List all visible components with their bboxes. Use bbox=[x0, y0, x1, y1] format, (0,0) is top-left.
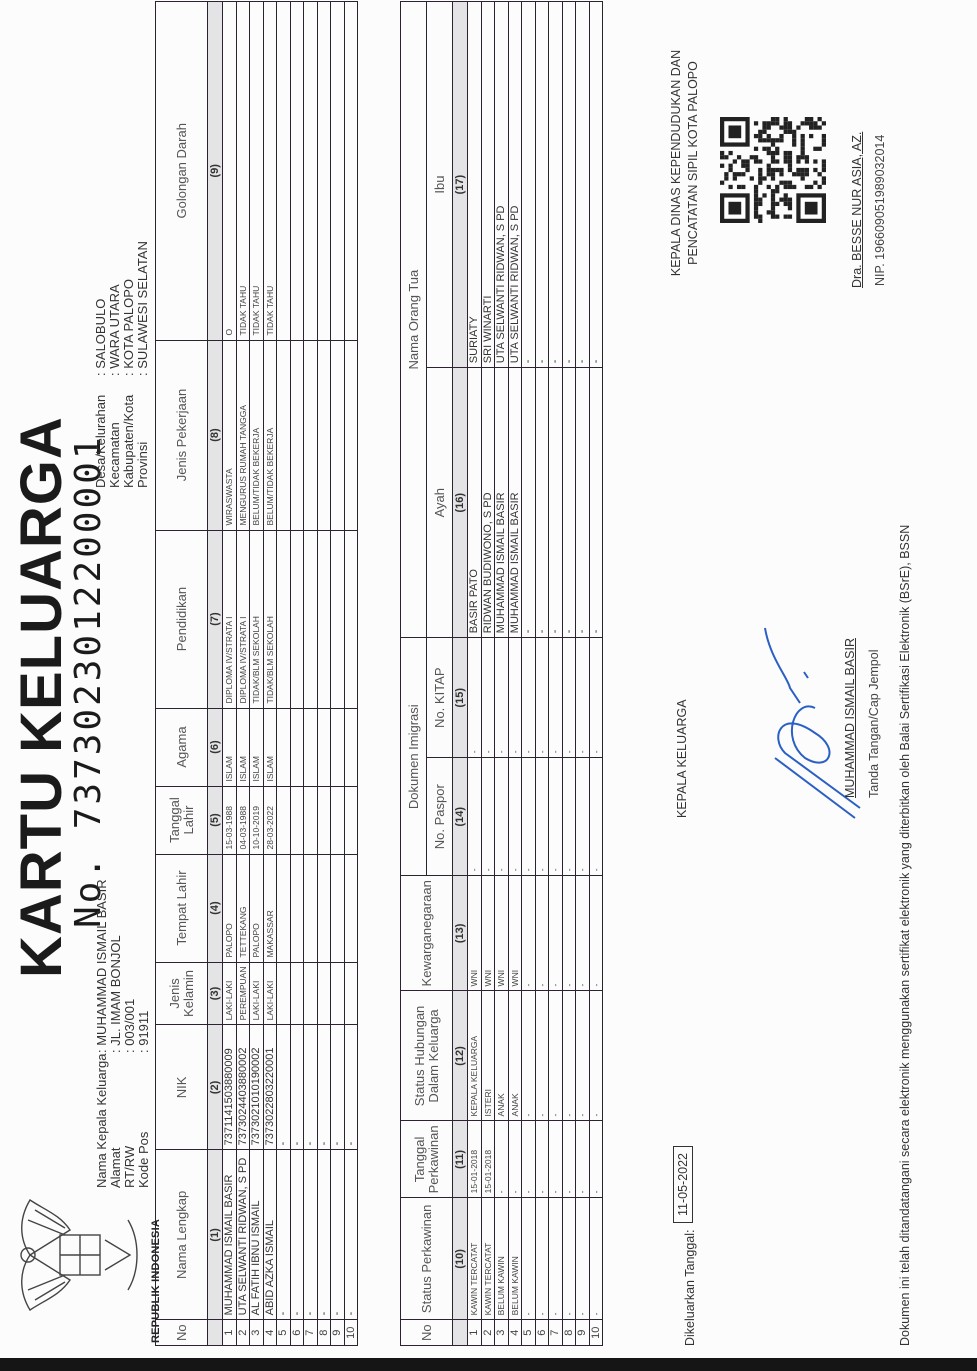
table-cell: TIDAK TAHU bbox=[236, 2, 250, 341]
table-cell: MUHAMMAD ISMAIL BASIR bbox=[223, 1150, 237, 1320]
office-title: KEPALA DINAS KEPENDUDUKAN DAN PENCATATAN… bbox=[668, 28, 702, 298]
column-number: (6) bbox=[208, 708, 223, 786]
household-field: Kabupaten/Kota: KOTA PALOPO bbox=[122, 241, 136, 488]
table-cell: - bbox=[562, 1198, 576, 1320]
table-cell: PEREMPUAN bbox=[236, 962, 250, 1025]
issued-date: 11-05-2022 bbox=[673, 1146, 693, 1223]
field-label: Kabupaten/Kota bbox=[122, 376, 136, 488]
table-row: 4BELUM KAWIN-ANAKWNI--MUHAMMAD ISMAIL BA… bbox=[508, 2, 522, 1346]
scanned-document-frame: REPUBLIK INDONESIA KARTU KELUARGA No. 73… bbox=[0, 0, 977, 1358]
table-row: 6-------- bbox=[535, 2, 549, 1346]
table-cell: - bbox=[522, 1121, 536, 1198]
table-cell: - bbox=[562, 2, 576, 368]
column-number: (11) bbox=[453, 1121, 468, 1198]
table-cell: 4 bbox=[508, 1320, 522, 1346]
table-cell: 7 bbox=[549, 1320, 563, 1346]
table-cell bbox=[331, 962, 345, 1025]
table-cell: - bbox=[522, 2, 536, 368]
header-row: NoNama LengkapNIKJenis KelaminTempat Lah… bbox=[156, 2, 208, 1346]
table-cell: ISLAM bbox=[263, 708, 277, 786]
table-cell: ISLAM bbox=[236, 708, 250, 786]
column-number: (10) bbox=[453, 1198, 468, 1320]
column-number: (17) bbox=[453, 2, 468, 368]
table-cell: - bbox=[522, 991, 536, 1121]
table-cell bbox=[317, 530, 331, 708]
table-cell: WNI bbox=[468, 876, 482, 991]
column-header: Jenis Kelamin bbox=[156, 962, 208, 1025]
household-field: Alamat: JL. IMAM BONJOL bbox=[109, 879, 123, 1188]
table-cell: - bbox=[522, 758, 536, 876]
table-cell: LAKI-LAKI bbox=[250, 962, 264, 1025]
table-cell: - bbox=[562, 638, 576, 758]
electronic-signature-note: Dokumen ini telah ditandatangani secara … bbox=[898, 525, 912, 1346]
table-cell: - bbox=[495, 638, 509, 758]
field-value: : JL. IMAM BONJOL bbox=[109, 935, 123, 1053]
garuda-emblem-icon bbox=[10, 1180, 150, 1330]
table-cell: - bbox=[576, 991, 590, 1121]
household-field: Provinsi: SULAWESI SELATAN bbox=[136, 241, 150, 488]
household-field: Nama Kepala Keluarga: MUHAMMAD ISMAIL BA… bbox=[95, 879, 109, 1188]
table-cell: 7371141503880009 bbox=[223, 1025, 237, 1150]
table-cell: 4 bbox=[263, 1320, 277, 1346]
table-cell: 1 bbox=[223, 1320, 237, 1346]
table-cell: 2 bbox=[236, 1320, 250, 1346]
table-cell: TIDAK/BLM SEKOLAH bbox=[250, 530, 264, 708]
table-cell bbox=[344, 530, 358, 708]
table-cell: - bbox=[576, 758, 590, 876]
table-cell: 3 bbox=[495, 1320, 509, 1346]
column-number: (15) bbox=[453, 638, 468, 758]
table-cell: - bbox=[535, 991, 549, 1121]
table-cell: - bbox=[304, 1150, 318, 1320]
field-value: : 003/001 bbox=[123, 999, 137, 1053]
table-cell: - bbox=[304, 1025, 318, 1150]
table-row: 10-------- bbox=[589, 2, 603, 1346]
column-header: Status Perkawinan bbox=[401, 1198, 453, 1320]
household-field: RT/RW: 003/001 bbox=[123, 879, 137, 1188]
table-cell: - bbox=[589, 1121, 603, 1198]
column-header: Agama bbox=[156, 708, 208, 786]
table-cell: WNI bbox=[495, 876, 509, 991]
column-header: Nama Orang Tua bbox=[401, 2, 427, 638]
column-number-row: (1)(2)(3)(4)(5)(6)(7)(8)(9) bbox=[208, 2, 223, 1346]
column-header: Tempat Lahir bbox=[156, 854, 208, 962]
table-cell: 10 bbox=[589, 1320, 603, 1346]
column-number: (9) bbox=[208, 2, 223, 341]
table-cell bbox=[290, 962, 304, 1025]
table-cell: - bbox=[562, 991, 576, 1121]
column-number: (5) bbox=[208, 786, 223, 854]
column-number: (3) bbox=[208, 962, 223, 1025]
table-row: 2UTA SELWANTI RIDWAN, S PD73730244038800… bbox=[236, 2, 250, 1346]
table-cell bbox=[304, 786, 318, 854]
table-cell: - bbox=[562, 876, 576, 991]
table-cell: ISLAM bbox=[223, 708, 237, 786]
table-row: 7-- bbox=[304, 2, 318, 1346]
table-cell: AL FATIH IBNU ISMAIL bbox=[250, 1150, 264, 1320]
table-cell bbox=[277, 962, 291, 1025]
column-number: (8) bbox=[208, 340, 223, 530]
kartu-keluarga-page: REPUBLIK INDONESIA KARTU KELUARGA No. 73… bbox=[0, 0, 977, 1358]
table-cell: - bbox=[535, 758, 549, 876]
table-cell: UTA SELWANTI RIDWAN, S PD bbox=[236, 1150, 250, 1320]
table-cell: - bbox=[589, 638, 603, 758]
table-cell bbox=[304, 962, 318, 1025]
column-number: (13) bbox=[453, 876, 468, 991]
table-cell: - bbox=[589, 1198, 603, 1320]
table-cell bbox=[304, 708, 318, 786]
table-cell: - bbox=[481, 758, 495, 876]
table-cell: - bbox=[562, 758, 576, 876]
table-row: 10-- bbox=[344, 2, 358, 1346]
table-cell: - bbox=[344, 1025, 358, 1150]
table-cell: - bbox=[317, 1150, 331, 1320]
table-cell bbox=[317, 962, 331, 1025]
column-subheader: No. Paspor bbox=[427, 758, 453, 876]
column-header: Kewarganegaraan bbox=[401, 876, 453, 991]
table-cell bbox=[331, 854, 345, 962]
table-cell: KAWIN TERCATAT bbox=[468, 1198, 482, 1320]
table-cell: 8 bbox=[317, 1320, 331, 1346]
table-cell: - bbox=[549, 368, 563, 638]
table-cell: - bbox=[508, 758, 522, 876]
table-cell: 7373021010190002 bbox=[250, 1025, 264, 1150]
column-header: Tanggal Perkawinan bbox=[401, 1121, 453, 1198]
table-row: 4ABID AZKA ISMAIL7373022803220001LAKI-LA… bbox=[263, 2, 277, 1346]
table-cell bbox=[277, 530, 291, 708]
table-cell: - bbox=[576, 2, 590, 368]
column-number-row: (10)(11)(12)(13)(14)(15)(16)(17) bbox=[453, 2, 468, 1346]
table-cell: ANAK bbox=[508, 991, 522, 1121]
family-members-table: NoNama LengkapNIKJenis KelaminTempat Lah… bbox=[155, 1, 358, 1346]
table-row: 1MUHAMMAD ISMAIL BASIR7371141503880009LA… bbox=[223, 2, 237, 1346]
table-cell: DIPLOMA IV/STRATA I bbox=[236, 530, 250, 708]
table-cell: ABID AZKA ISMAIL bbox=[263, 1150, 277, 1320]
table-cell: 28-03-2022 bbox=[263, 786, 277, 854]
column-subheader: Ibu bbox=[427, 2, 453, 368]
table-cell: WNI bbox=[481, 876, 495, 991]
table-cell: 3 bbox=[250, 1320, 264, 1346]
column-number: (14) bbox=[453, 758, 468, 876]
table-cell: - bbox=[495, 1121, 509, 1198]
field-label: Nama Kepala Keluarga bbox=[95, 1053, 109, 1188]
table-cell: 1 bbox=[468, 1320, 482, 1346]
column-subheader: No. KITAP bbox=[427, 638, 453, 758]
table-cell: - bbox=[522, 1198, 536, 1320]
table-cell: - bbox=[535, 1198, 549, 1320]
column-header: Dokumen Imigrasi bbox=[401, 638, 427, 876]
table-cell: ISLAM bbox=[250, 708, 264, 786]
field-value: : MUHAMMAD ISMAIL BASIR bbox=[95, 879, 109, 1053]
column-header: No bbox=[401, 1320, 453, 1346]
table-cell: - bbox=[549, 2, 563, 368]
table-cell: 10 bbox=[344, 1320, 358, 1346]
table-cell bbox=[290, 786, 304, 854]
table-cell: - bbox=[277, 1150, 291, 1320]
table-cell: - bbox=[549, 1198, 563, 1320]
table-cell: - bbox=[468, 638, 482, 758]
table-row: 7-------- bbox=[549, 2, 563, 1346]
table-cell: - bbox=[522, 876, 536, 991]
table-cell: - bbox=[522, 638, 536, 758]
table-cell: BELUM KAWIN bbox=[508, 1198, 522, 1320]
table-cell: 7 bbox=[304, 1320, 318, 1346]
family-card-number: No. 7373023012200001 bbox=[68, 435, 109, 929]
table-cell: PALOPO bbox=[223, 854, 237, 962]
table-cell bbox=[331, 708, 345, 786]
table-cell: - bbox=[522, 368, 536, 638]
column-number bbox=[453, 1320, 468, 1346]
table-cell: BELUM/TIDAK BEKERJA bbox=[263, 340, 277, 530]
table-cell bbox=[317, 786, 331, 854]
column-number: (7) bbox=[208, 530, 223, 708]
column-number: (16) bbox=[453, 368, 468, 638]
table-row: 6-- bbox=[290, 2, 304, 1346]
table-cell: - bbox=[589, 758, 603, 876]
column-subheader: Ayah bbox=[427, 368, 453, 638]
table-cell: ANAK bbox=[495, 991, 509, 1121]
table-cell: - bbox=[549, 638, 563, 758]
table-cell: - bbox=[317, 1025, 331, 1150]
table-row: 5-- bbox=[277, 2, 291, 1346]
table-cell: SRI WINARTI bbox=[481, 2, 495, 368]
table-cell: 7373024403880002 bbox=[236, 1025, 250, 1150]
number-value: 7373023012200001 bbox=[68, 435, 109, 830]
column-header: Jenis Pekerjaan bbox=[156, 340, 208, 530]
table-cell: 9 bbox=[576, 1320, 590, 1346]
household-field: Kecamatan: WARA UTARA bbox=[108, 241, 122, 488]
table-cell: - bbox=[535, 368, 549, 638]
household-info-left: Nama Kepala Keluarga: MUHAMMAD ISMAIL BA… bbox=[95, 879, 151, 1188]
field-label: Kecamatan bbox=[108, 376, 122, 488]
table-cell: - bbox=[576, 1198, 590, 1320]
table-cell: KAWIN TERCATAT bbox=[481, 1198, 495, 1320]
table-cell: UTA SELWANTI RIDWAN, S PD bbox=[495, 2, 509, 368]
table-cell bbox=[344, 854, 358, 962]
table-cell: ISTERI bbox=[481, 991, 495, 1121]
table-cell bbox=[290, 2, 304, 341]
table-cell bbox=[304, 340, 318, 530]
table-cell: - bbox=[562, 1121, 576, 1198]
table-cell: - bbox=[277, 1025, 291, 1150]
table-cell bbox=[331, 340, 345, 530]
table-cell: 9 bbox=[331, 1320, 345, 1346]
column-number bbox=[208, 1320, 223, 1346]
table-row: 8-- bbox=[317, 2, 331, 1346]
table-cell: 5 bbox=[522, 1320, 536, 1346]
table-cell: 5 bbox=[277, 1320, 291, 1346]
field-value: : SALOBULO bbox=[94, 299, 108, 376]
field-label: RT/RW bbox=[123, 1053, 137, 1188]
signature-caption: Tanda Tangan/Cap Jempol bbox=[867, 650, 881, 799]
column-number: (2) bbox=[208, 1025, 223, 1150]
table-cell: LAKI-LAKI bbox=[263, 962, 277, 1025]
table-cell: - bbox=[589, 991, 603, 1121]
table-cell: - bbox=[535, 1121, 549, 1198]
table-cell: 15-01-2018 bbox=[468, 1121, 482, 1198]
table-cell bbox=[344, 708, 358, 786]
household-field: Kode Pos: 91911 bbox=[137, 879, 151, 1188]
table-row: 2KAWIN TERCATAT15-01-2018ISTERIWNI--RIDW… bbox=[481, 2, 495, 1346]
official-nip: NIP. 196609051989032014 bbox=[873, 135, 887, 286]
field-value: : SULAWESI SELATAN bbox=[136, 241, 150, 376]
table-cell: - bbox=[535, 2, 549, 368]
head-of-family-label: KEPALA KELUARGA bbox=[675, 699, 689, 818]
table-cell: MAKASSAR bbox=[263, 854, 277, 962]
table-cell bbox=[290, 708, 304, 786]
table-cell: SURIATY bbox=[468, 2, 482, 368]
office-line-1: KEPALA DINAS KEPENDUDUKAN DAN bbox=[668, 28, 685, 298]
column-header: NIK bbox=[156, 1025, 208, 1150]
table-cell: TIDAK/BLM SEKOLAH bbox=[263, 530, 277, 708]
table-row: 3AL FATIH IBNU ISMAIL7373021010190002LAK… bbox=[250, 2, 264, 1346]
table-cell: 7373022803220001 bbox=[263, 1025, 277, 1150]
table-cell: - bbox=[562, 368, 576, 638]
table-cell: - bbox=[549, 758, 563, 876]
issued-date-label: Dikeluarkan Tanggal: bbox=[683, 1229, 697, 1346]
field-label: Desa/Kelurahan bbox=[94, 376, 108, 488]
table-cell bbox=[290, 530, 304, 708]
table-cell bbox=[290, 340, 304, 530]
table-cell: - bbox=[290, 1150, 304, 1320]
column-header: Golongan Darah bbox=[156, 2, 208, 341]
table-cell: 10-10-2019 bbox=[250, 786, 264, 854]
table-cell: TETTEKANG bbox=[236, 854, 250, 962]
field-value: : 91911 bbox=[137, 1011, 151, 1053]
table-cell: - bbox=[535, 876, 549, 991]
table-cell: MENGURUS RUMAH TANGGA bbox=[236, 340, 250, 530]
office-line-2: PENCATATAN SIPIL KOTA PALOPO bbox=[685, 28, 702, 298]
table-cell: WIRASWASTA bbox=[223, 340, 237, 530]
table-cell: - bbox=[290, 1025, 304, 1150]
table-cell: RIDWAN BUDIWONO, S PD bbox=[481, 368, 495, 638]
table-cell: 6 bbox=[535, 1320, 549, 1346]
column-header: No bbox=[156, 1320, 208, 1346]
table-cell: - bbox=[549, 991, 563, 1121]
table-cell bbox=[344, 962, 358, 1025]
table-cell bbox=[331, 2, 345, 341]
table-cell: 15-01-2018 bbox=[481, 1121, 495, 1198]
table-cell: - bbox=[549, 1121, 563, 1198]
household-info-right: Desa/Kelurahan: SALOBULOKecamatan: WARA … bbox=[94, 241, 150, 488]
household-field: Desa/Kelurahan: SALOBULO bbox=[94, 241, 108, 488]
table-cell: PALOPO bbox=[250, 854, 264, 962]
table-cell: KEPALA KELUARGA bbox=[468, 991, 482, 1121]
table-row: 9-------- bbox=[576, 2, 590, 1346]
table-cell bbox=[331, 786, 345, 854]
table-cell: - bbox=[589, 2, 603, 368]
table-cell: - bbox=[344, 1150, 358, 1320]
table-cell: - bbox=[589, 876, 603, 991]
table-cell: 8 bbox=[562, 1320, 576, 1346]
table-cell: - bbox=[495, 758, 509, 876]
table-cell: BELUM KAWIN bbox=[495, 1198, 509, 1320]
table-cell: WNI bbox=[508, 876, 522, 991]
table-cell bbox=[304, 854, 318, 962]
table-cell: 2 bbox=[481, 1320, 495, 1346]
field-label: Kode Pos bbox=[137, 1053, 151, 1188]
table-cell: TIDAK TAHU bbox=[263, 2, 277, 341]
table-cell: TIDAK TAHU bbox=[250, 2, 264, 341]
table-cell bbox=[317, 2, 331, 341]
table-cell: - bbox=[468, 758, 482, 876]
table-cell: UTA SELWANTI RIDWAN, S PD bbox=[508, 2, 522, 368]
qr-code-icon bbox=[720, 117, 826, 223]
column-header: Tanggal Lahir bbox=[156, 786, 208, 854]
table-cell: LAKI-LAKI bbox=[223, 962, 237, 1025]
column-number: (1) bbox=[208, 1150, 223, 1320]
table-cell: - bbox=[535, 638, 549, 758]
table-cell: MUHAMMAD ISMAIL BASIR bbox=[495, 368, 509, 638]
column-header: Status Hubungan Dalam Keluarga bbox=[401, 991, 453, 1121]
table-cell bbox=[317, 340, 331, 530]
table-cell: - bbox=[549, 876, 563, 991]
column-header: Nama Lengkap bbox=[156, 1150, 208, 1320]
table-cell: - bbox=[589, 368, 603, 638]
table-cell bbox=[344, 786, 358, 854]
table-cell bbox=[317, 708, 331, 786]
table-cell: - bbox=[576, 368, 590, 638]
official-name: Dra. BESSE NUR ASIA, AZ. bbox=[850, 132, 864, 288]
table-cell: - bbox=[508, 1121, 522, 1198]
field-label: Alamat bbox=[109, 1053, 123, 1188]
table-cell bbox=[290, 854, 304, 962]
table-cell bbox=[277, 708, 291, 786]
table-cell: - bbox=[331, 1150, 345, 1320]
field-value: : WARA UTARA bbox=[108, 284, 122, 376]
column-header: Pendidikan bbox=[156, 530, 208, 708]
table-cell: O bbox=[223, 2, 237, 341]
column-number: (4) bbox=[208, 854, 223, 962]
table-cell bbox=[344, 2, 358, 341]
table-cell bbox=[304, 2, 318, 341]
column-number: (12) bbox=[453, 991, 468, 1121]
table-cell: 6 bbox=[290, 1320, 304, 1346]
table-cell bbox=[304, 530, 318, 708]
table-row: 9-- bbox=[331, 2, 345, 1346]
table-row: 1KAWIN TERCATAT15-01-2018KEPALA KELUARGA… bbox=[468, 2, 482, 1346]
table-cell: 04-03-1988 bbox=[236, 786, 250, 854]
table-cell: - bbox=[508, 638, 522, 758]
table-cell bbox=[277, 786, 291, 854]
table-cell bbox=[277, 340, 291, 530]
head-of-family-name: MUHAMMAD ISMAIL BASIR bbox=[843, 638, 857, 798]
table-row: 3BELUM KAWIN-ANAKWNI--MUHAMMAD ISMAIL BA… bbox=[495, 2, 509, 1346]
document-title: KARTU KELUARGA bbox=[8, 416, 75, 978]
table-row: 5-------- bbox=[522, 2, 536, 1346]
table-cell bbox=[331, 530, 345, 708]
field-value: : KOTA PALOPO bbox=[122, 279, 136, 376]
table-cell: MUHAMMAD ISMAIL BASIR bbox=[508, 368, 522, 638]
table-cell: DIPLOMA IV/STRATA I bbox=[223, 530, 237, 708]
table-cell: - bbox=[481, 638, 495, 758]
table-cell: - bbox=[576, 638, 590, 758]
table-row: 8-------- bbox=[562, 2, 576, 1346]
table-cell: - bbox=[576, 1121, 590, 1198]
family-status-table: NoStatus PerkawinanTanggal PerkawinanSta… bbox=[400, 1, 603, 1346]
header-row: NoStatus PerkawinanTanggal PerkawinanSta… bbox=[401, 2, 427, 1346]
field-label: Provinsi bbox=[136, 376, 150, 488]
table-cell bbox=[317, 854, 331, 962]
table-cell bbox=[344, 340, 358, 530]
table-cell: 15-03-1988 bbox=[223, 786, 237, 854]
table-cell: BASIR PATO bbox=[468, 368, 482, 638]
table-cell bbox=[277, 854, 291, 962]
table-cell: - bbox=[331, 1025, 345, 1150]
table-cell bbox=[277, 2, 291, 341]
table-cell: - bbox=[576, 876, 590, 991]
table-cell: BELUM/TIDAK BEKERJA bbox=[250, 340, 264, 530]
